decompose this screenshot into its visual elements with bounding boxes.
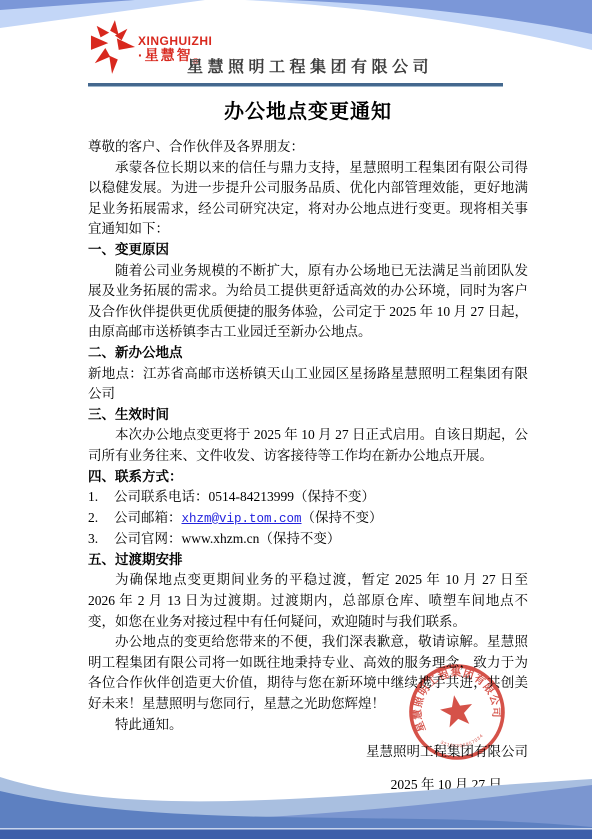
signature-date: 2025 年 10 月 27 日 [88, 775, 502, 796]
section-heading-4: 四、联系方式： [88, 467, 528, 488]
transition-paragraph: 为确保地点变更期间业务的平稳过渡，暂定 2025 年 10 月 27 日至 20… [88, 570, 528, 632]
document-page: XINGHUIZHI ·星慧智® 星慧照明工程集团有限公司 办公地点变更通知 尊… [0, 0, 592, 839]
svg-text:32108308957034: 32108308957034 [439, 732, 485, 751]
new-address-line: 新地点：江苏省高邮市送桥镇天山工业园区星扬路星慧照明工程集团有限公司 [88, 364, 528, 405]
contact-item-phone: 1. 公司联系电话：0514-84213999（保持不变） [88, 487, 528, 508]
email-label: 公司邮箱： [114, 510, 182, 525]
seal-serial-number: 32108308957034 [439, 732, 485, 751]
section-heading-2: 二、新办公地点 [88, 343, 528, 364]
contact-item-email: 2. 公司邮箱：xhzm@vip.tom.com（保持不变） [88, 508, 528, 530]
email-line: 公司邮箱：xhzm@vip.tom.com（保持不变） [114, 508, 383, 530]
section-heading-3: 三、生效时间 [88, 405, 528, 426]
company-name-heading: 星慧照明工程集团有限公司 [150, 54, 470, 77]
seal-star-icon [438, 692, 475, 728]
company-seal-stamp: 星慧照明工程集团有限公司 32108308957034 [407, 662, 507, 762]
section-1-paragraph: 随着公司业务规模的不断扩大，原有办公场地已无法满足当前团队发展及业务拓展的需求。… [88, 261, 528, 343]
salutation: 尊敬的客户、合作伙伴及各界朋友： [88, 137, 528, 158]
section-3-paragraph: 本次办公地点变更将于 2025 年 10 月 27 日正式启用。自该日期起，公司… [88, 425, 528, 466]
section-heading-1: 一、变更原因 [88, 240, 528, 261]
phone-line: 公司联系电话：0514-84213999（保持不变） [114, 487, 375, 508]
contact-item-website: 3. 公司官网：www.xhzm.cn（保持不变） [88, 529, 528, 550]
list-number: 1. [88, 487, 114, 508]
section-heading-5: 五、过渡期安排 [88, 550, 528, 571]
website-line: 公司官网：www.xhzm.cn（保持不变） [114, 529, 340, 550]
svg-text:星慧照明工程集团有限公司: 星慧照明工程集团有限公司 [407, 662, 505, 734]
seal-ring-text: 星慧照明工程集团有限公司 [407, 662, 505, 734]
intro-paragraph: 承蒙各位长期以来的信任与鼎力支持，星慧照明工程集团有限公司得以稳健发展。为进一步… [88, 158, 528, 240]
header-divider [88, 83, 503, 87]
list-number: 2. [88, 508, 114, 530]
email-link[interactable]: xhzm@vip.tom.com [182, 512, 302, 526]
starburst-logo-icon [90, 19, 136, 75]
list-number: 3. [88, 529, 114, 550]
email-suffix: （保持不变） [302, 510, 383, 525]
page-title: 办公地点变更通知 [88, 99, 528, 125]
